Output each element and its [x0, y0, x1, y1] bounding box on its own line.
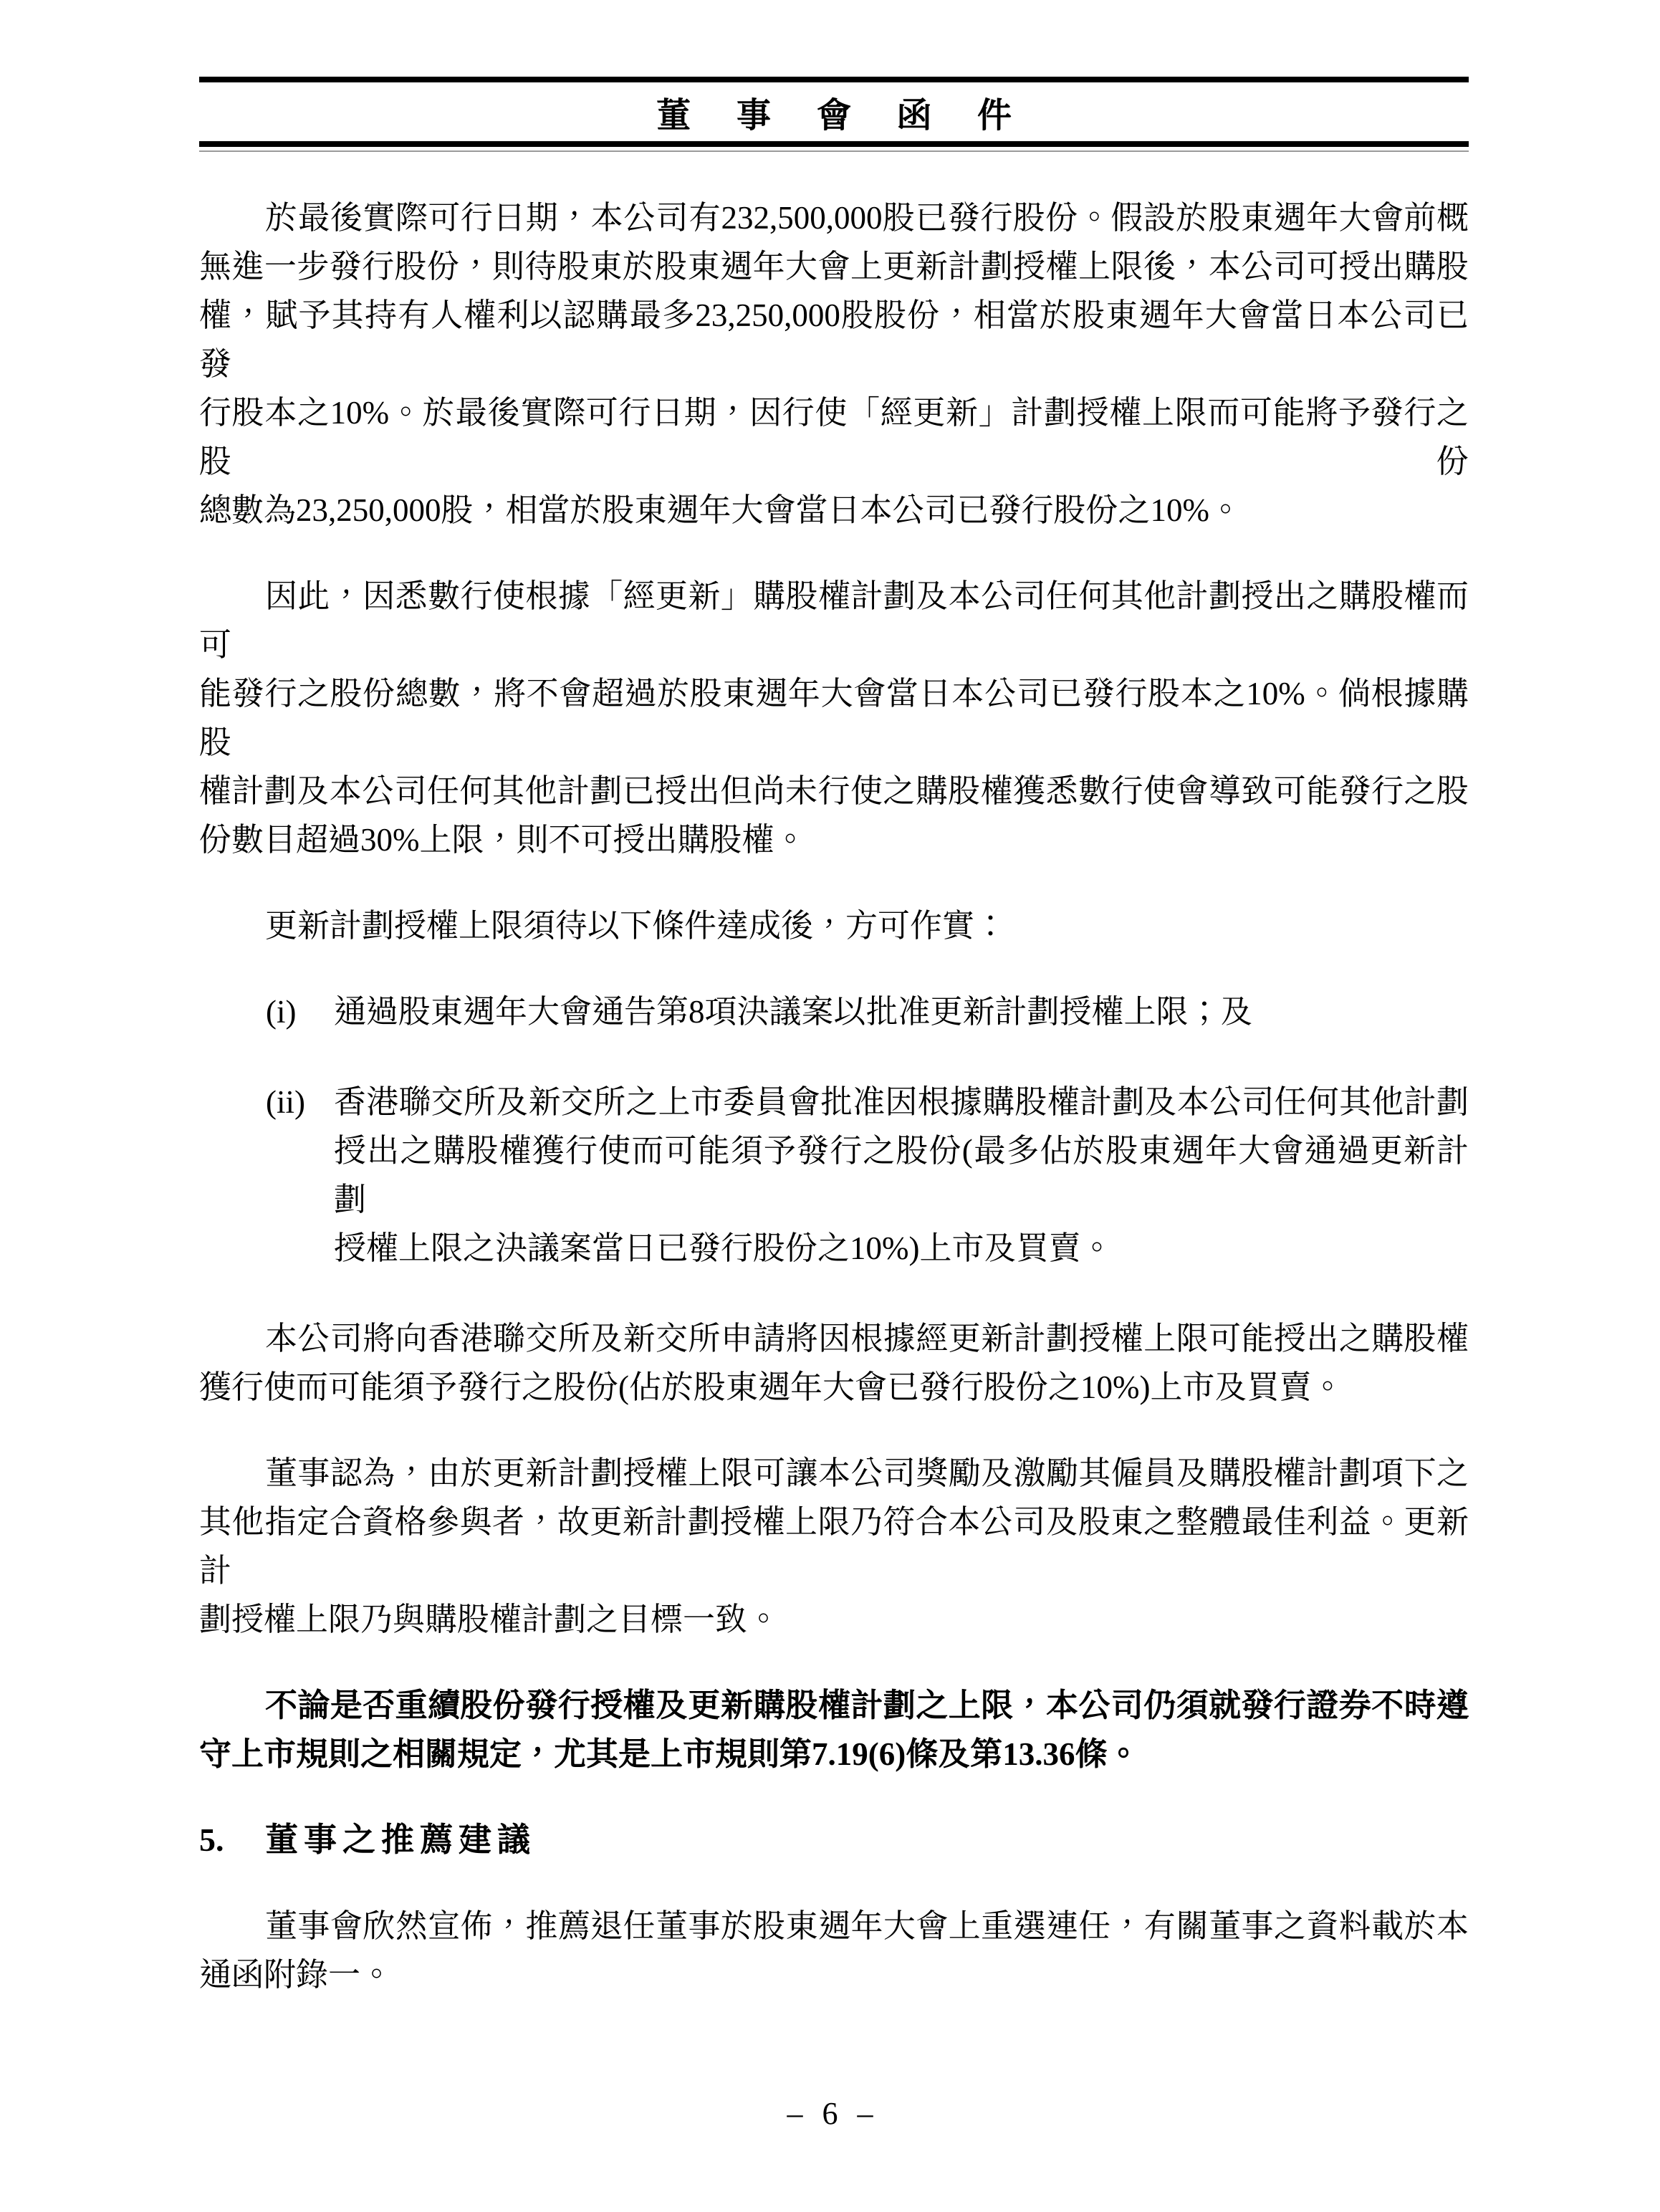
paragraph-line: 通函附錄一。: [199, 1950, 1469, 1999]
paragraph-line: 總數為23,250,000股，相當於股東週年大會當日本公司已發行股份之10%。: [199, 486, 1469, 535]
document-page: 董 事 會 函 件 於最後實際可行日期，本公司有232,500,000股已發行股…: [0, 0, 1660, 2212]
paragraph-line: 其他指定合資格參與者，故更新計劃授權上限乃符合本公司及股東之整體最佳利益。更新計: [199, 1498, 1469, 1595]
paragraph-6: 董事會欣然宣佈，推薦退任董事於股東週年大會上重選連任，有關董事之資料載於本 通函…: [199, 1902, 1469, 1999]
list-item-line: 授出之購股權獲行使而可能須予發行之股份(最多佔於股東週年大會通過更新計劃: [334, 1126, 1469, 1224]
paragraph-line: 守上市規則之相關規定，尤其是上市規則第7.19(6)條及第13.36條。: [199, 1730, 1469, 1778]
paragraph-2: 因此，因悉數行使根據「經更新」購股權計劃及本公司任何其他計劃授出之購股權而可 能…: [199, 572, 1469, 864]
list-item-line: 香港聯交所及新交所之上市委員會批准因根據購股權計劃及本公司任何其他計劃: [334, 1078, 1469, 1126]
list-item-i-label: (i): [266, 987, 296, 1036]
page-content: 董 事 會 函 件 於最後實際可行日期，本公司有232,500,000股已發行股…: [199, 77, 1469, 1999]
paragraph-bold-compliance: 不論是否重續股份發行授權及更新購股權計劃之上限，本公司仍須就發行證券不時遵 守上…: [199, 1681, 1469, 1778]
paragraph-line: 董事認為，由於更新計劃授權上限可讓本公司獎勵及激勵其僱員及購股權計劃項下之: [199, 1449, 1469, 1498]
paragraph-line: 無進一步發行股份，則待股東於股東週年大會上更新計劃授權上限後，本公司可授出購股: [199, 242, 1469, 291]
section-5-title: 董事之推薦建議: [265, 1821, 536, 1858]
list-item-ii: (ii) 香港聯交所及新交所之上市委員會批准因根據購股權計劃及本公司任何其他計劃…: [199, 1078, 1469, 1273]
body-text: 於最後實際可行日期，本公司有232,500,000股已發行股份。假設於股東週年大…: [199, 152, 1469, 1999]
paragraph-line: 本公司將向香港聯交所及新交所申請將因根據經更新計劃授權上限可能授出之購股權: [199, 1314, 1469, 1363]
page-title: 董 事 會 函 件: [199, 82, 1469, 141]
paragraph-line: 更新計劃授權上限須待以下條件達成後，方可作實：: [199, 901, 1469, 950]
section-5-number: 5.: [199, 1816, 224, 1864]
paragraph-line: 因此，因悉數行使根據「經更新」購股權計劃及本公司任何其他計劃授出之購股權而可: [199, 572, 1469, 669]
header-bottom-rule: [199, 141, 1469, 147]
paragraph-line: 份數目超過30%上限，則不可授出購股權。: [199, 815, 1469, 864]
list-item-line: 授權上限之決議案當日已發行股份之10%)上市及買賣。: [334, 1224, 1469, 1273]
paragraph-4: 本公司將向香港聯交所及新交所申請將因根據經更新計劃授權上限可能授出之購股權 獲行…: [199, 1314, 1469, 1412]
list-item-ii-label: (ii): [266, 1078, 305, 1126]
paragraph-line: 董事會欣然宣佈，推薦退任董事於股東週年大會上重選連任，有關董事之資料載於本: [199, 1902, 1469, 1950]
section-5-heading: 5. 董事之推薦建議: [199, 1816, 1469, 1864]
paragraph-line: 行股本之10%。於最後實際可行日期，因行使「經更新」計劃授權上限而可能將予發行之…: [199, 388, 1469, 486]
page-number: – 6 –: [0, 2095, 1660, 2132]
paragraph-line: 不論是否重續股份發行授權及更新購股權計劃之上限，本公司仍須就發行證券不時遵: [199, 1681, 1469, 1730]
paragraph-3: 更新計劃授權上限須待以下條件達成後，方可作實：: [199, 901, 1469, 950]
paragraph-line: 於最後實際可行日期，本公司有232,500,000股已發行股份。假設於股東週年大…: [199, 193, 1469, 242]
paragraph-line: 劃授權上限乃與購股權計劃之目標一致。: [199, 1595, 1469, 1644]
paragraph-1: 於最後實際可行日期，本公司有232,500,000股已發行股份。假設於股東週年大…: [199, 193, 1469, 535]
paragraph-line: 獲行使而可能須予發行之股份(佔於股東週年大會已發行股份之10%)上市及買賣。: [199, 1363, 1469, 1412]
paragraph-line: 能發行之股份總數，將不會超過於股東週年大會當日本公司已發行股本之10%。倘根據購…: [199, 669, 1469, 767]
list-item-line: 通過股東週年大會通告第8項決議案以批准更新計劃授權上限；及: [334, 987, 1469, 1036]
list-item-i: (i) 通過股東週年大會通告第8項決議案以批准更新計劃授權上限；及: [199, 987, 1469, 1036]
paragraph-5: 董事認為，由於更新計劃授權上限可讓本公司獎勵及激勵其僱員及購股權計劃項下之 其他…: [199, 1449, 1469, 1644]
paragraph-line: 權計劃及本公司任何其他計劃已授出但尚未行使之購股權獲悉數行使會導致可能發行之股: [199, 767, 1469, 815]
header-top-rule: [199, 77, 1469, 82]
paragraph-line: 權，賦予其持有人權利以認購最多23,250,000股股份，相當於股東週年大會當日…: [199, 291, 1469, 388]
